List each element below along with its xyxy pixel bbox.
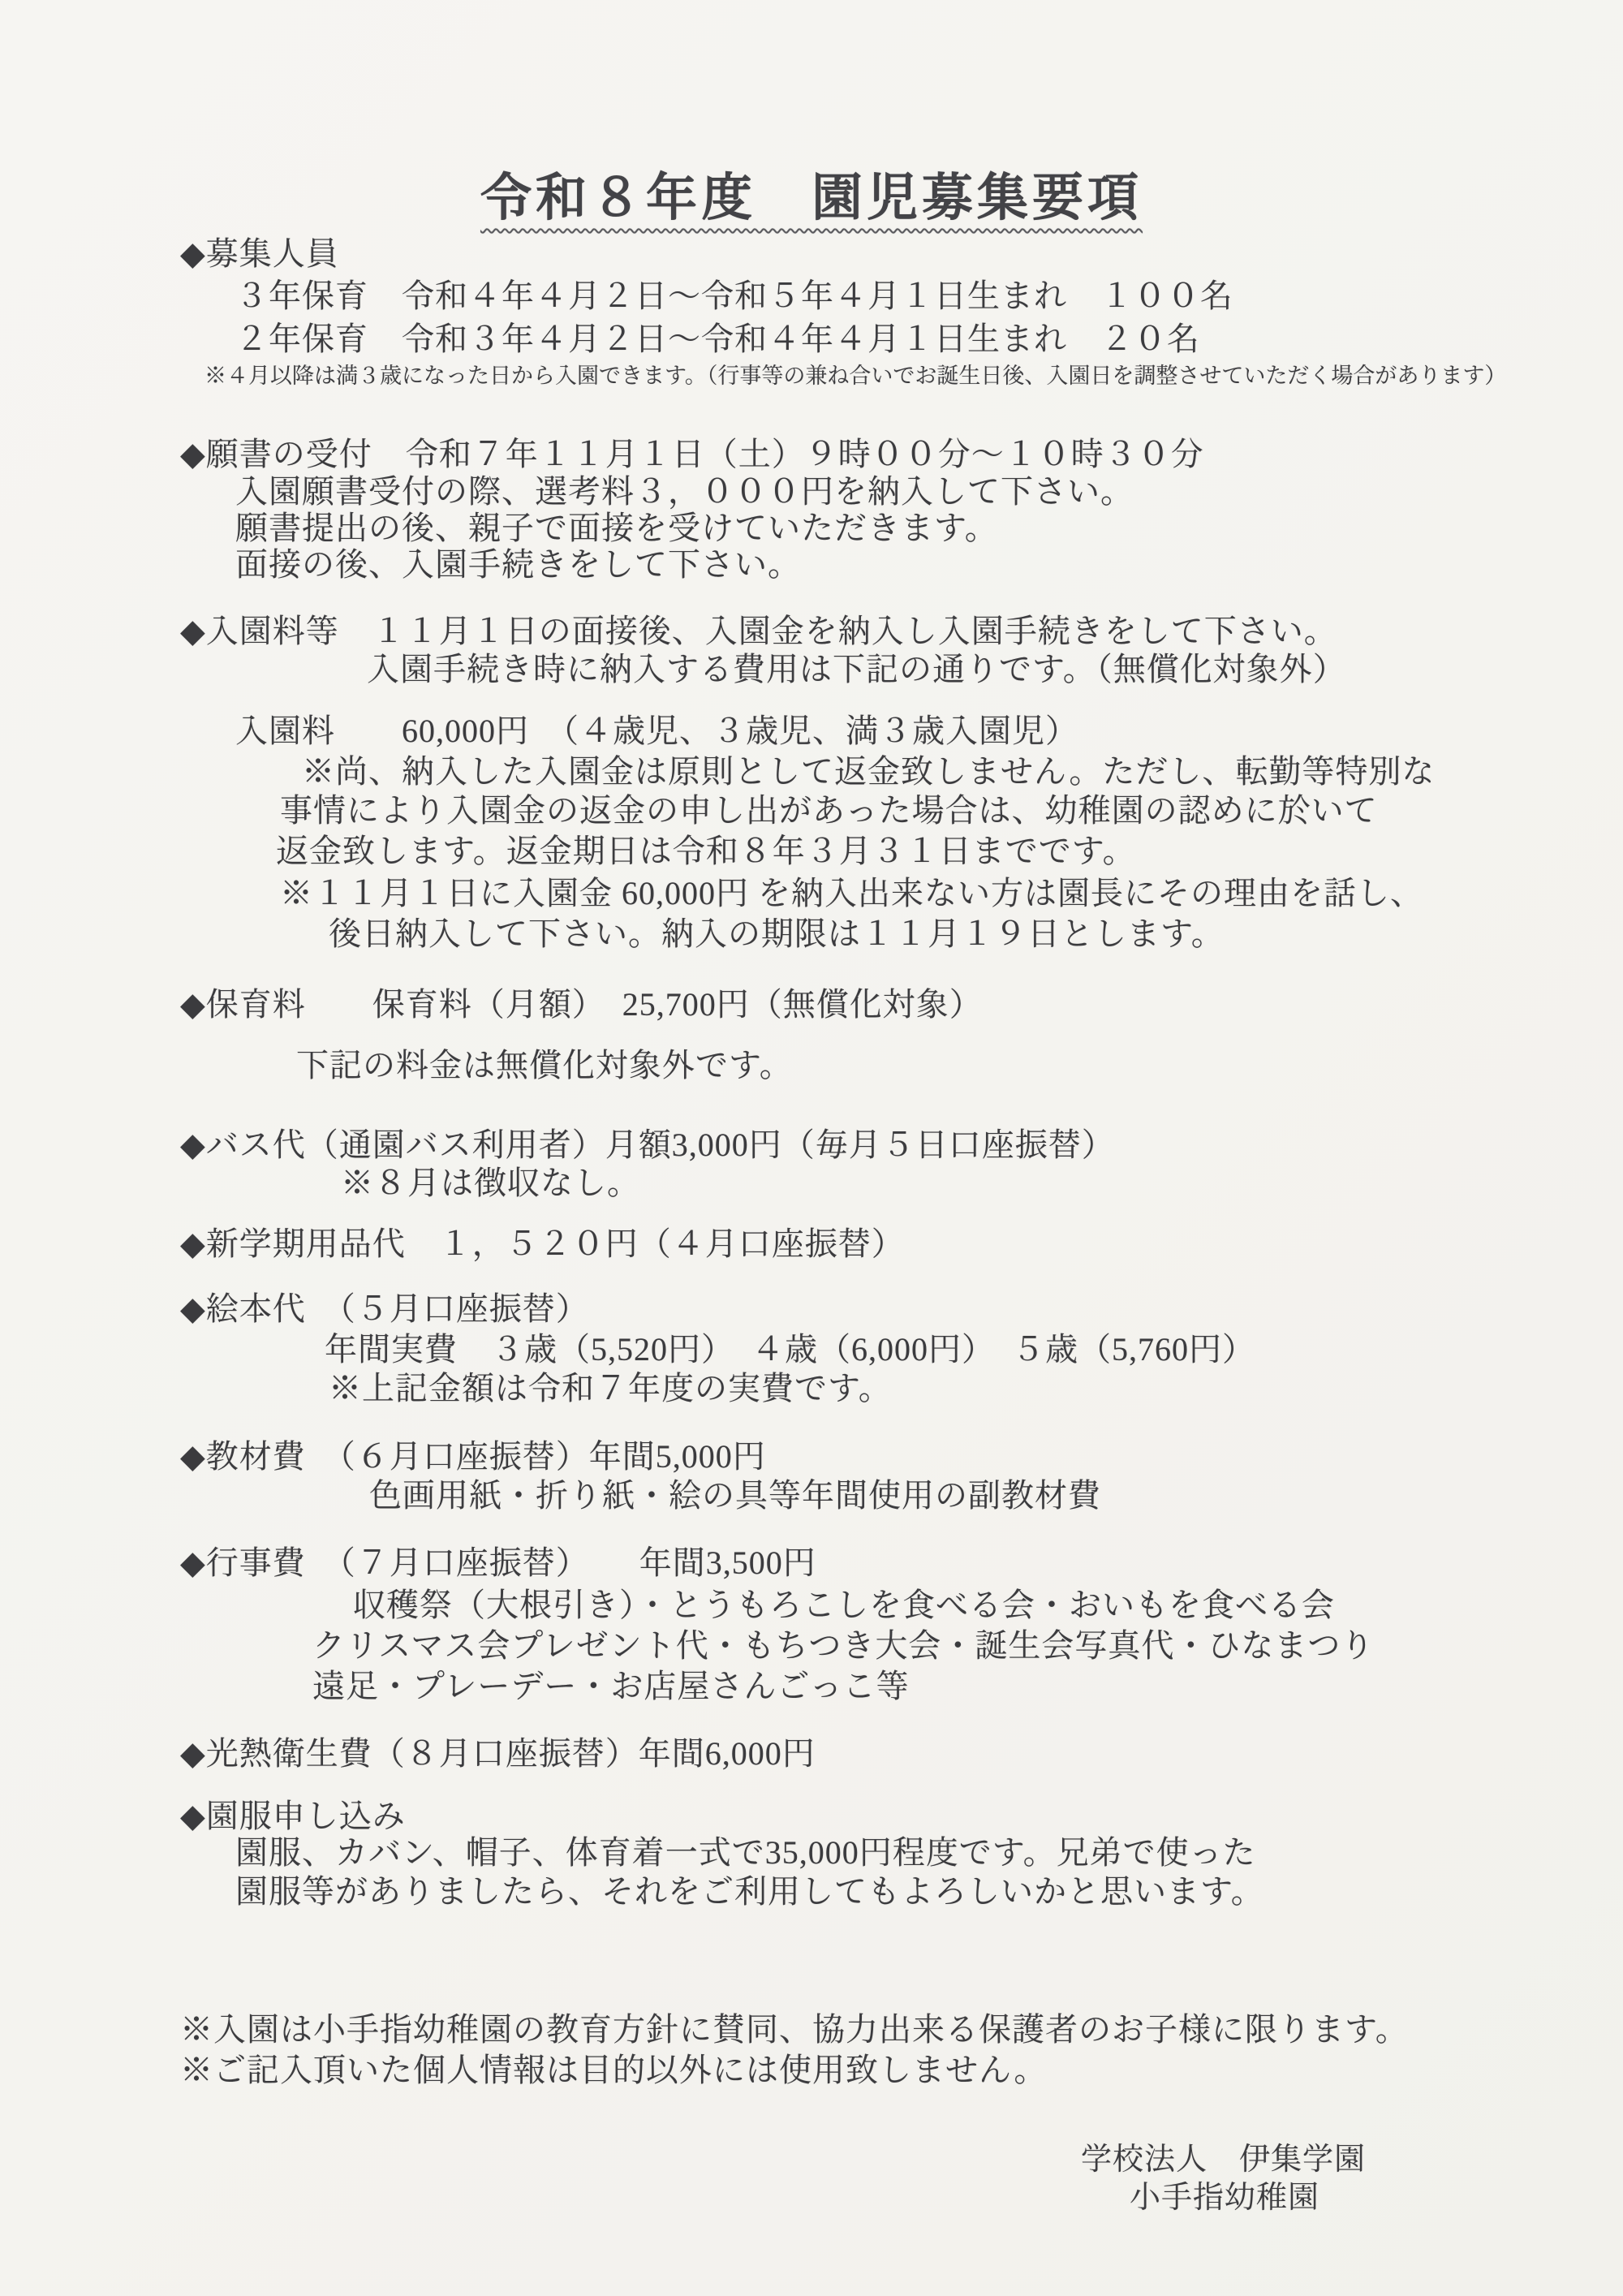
section-picture-book-heading: ◆絵本代 （５月口座振替） (180, 1290, 589, 1328)
application-line3: 面接の後、入園手続きをして下さい。 (235, 546, 801, 584)
section-event-fee-heading: ◆行事費 （７月口座振替） 年間3,500円 (180, 1544, 816, 1582)
page-title: 令和８年度 園児募集要項 (0, 157, 1623, 230)
bus-fee-note: ※８月は徴収なし。 (341, 1165, 640, 1202)
signature-school: 小手指幼稚園 (1130, 2181, 1319, 2216)
section-uniform-heading: ◆園服申し込み (180, 1798, 406, 1835)
childcare-fee-note: 下記の料金は無償化対象外です。 (296, 1047, 793, 1084)
closing-note1: ※入園は小手指幼稚園の教育方針に賛同、協力出来る保護者のお子様に限ります。 (180, 2011, 1409, 2048)
event-fee-detail1: 収穫祭（大根引き）・とうもろこしを食べる会・おいもを食べる会 (353, 1587, 1335, 1624)
scanned-document-page: 令和８年度 園児募集要項 ◆募集人員 ３年保育 令和４年４月２日～令和５年４月１… (0, 0, 1623, 2296)
recruitment-note: ※４月以降は満３歳になった日から入園できます。（行事等の兼ね合いでお誕生日後、入… (204, 364, 1506, 389)
uniform-line1: 園服、カバン、帽子、体育着一式で35,000円程度です。兄弟で使った (235, 1834, 1256, 1872)
picture-book-note: ※上記金額は令和７年度の実費です。 (329, 1370, 892, 1407)
entrance-fee-refund-note3: 返金致します。返金期日は令和８年３月３１日までです。 (276, 833, 1136, 870)
section-entrance-fee-heading: ◆入園料等 １１月１日の面接後、入園金を納入し入園手続きをして下さい。 (180, 613, 1337, 650)
section-materials-fee-heading: ◆教材費 （６月口座振替）年間5,000円 (180, 1438, 766, 1475)
entrance-fee-late-note2: 後日納入して下さい。納入の期限は１１月１９日とします。 (329, 915, 1225, 953)
section-recruitment-heading: ◆募集人員 (180, 235, 339, 273)
section-childcare-fee-heading: ◆保育料 保育料（月額） 25,700円（無償化対象） (180, 986, 983, 1023)
recruitment-two-year-line: ２年保育 令和３年４月２日～令和４年４月１日生まれ ２０名 (235, 321, 1200, 358)
application-line2: 願書提出の後、親子で面接を受けていただきます。 (235, 510, 998, 547)
entrance-fee-refund-note2: 事情により入園金の返金の申し出があった場合は、幼稚園の認めに於いて (280, 792, 1378, 829)
recruitment-three-year-line: ３年保育 令和４年４月２日～令和５年４月１日生まれ １００名 (235, 278, 1233, 315)
section-new-term-supplies-heading: ◆新学期用品代 １，５２０円（４月口座振替） (180, 1226, 905, 1263)
closing-note2: ※ご記入頂いた個人情報は目的以外には使用致しません。 (180, 2052, 1047, 2089)
entrance-fee-amount-line: 入園料 60,000円 （４歳児、３歳児、満３歳入園児） (235, 713, 1078, 750)
materials-fee-detail: 色画用紙・折り紙・絵の具等年間使用の副教材費 (369, 1477, 1101, 1514)
section-application-heading: ◆願書の受付 令和７年１１月１日（土）９時００分～１０時３０分 (180, 436, 1204, 473)
page-title-text: 令和８年度 園児募集要項 (480, 170, 1143, 226)
section-bus-fee-heading: ◆バス代（通園バス利用者）月額3,000円（毎月５日口座振替） (180, 1126, 1115, 1164)
picture-book-amounts-line: 年間実費 ３歳（5,520円） ４歳（6,000円） ５歳（5,760円） (325, 1331, 1255, 1368)
application-line1: 入園願書受付の際、選考料３，０００円を納入して下さい。 (235, 473, 1134, 510)
entrance-fee-sub-line: 入園手続き時に納入する費用は下記の通りです。（無償化対象外） (367, 651, 1346, 688)
event-fee-detail3: 遠足・プレーデー・お店屋さんごっこ等 (312, 1668, 910, 1705)
entrance-fee-late-note1: ※１１月１日に入園金 60,000円 を納入出来ない方は園長にその理由を話し、 (280, 875, 1423, 912)
signature-corporation: 学校法人 伊集学園 (1081, 2143, 1366, 2178)
entrance-fee-refund-note1: ※尚、納入した入園金は原則として返金致しません。ただし、転勤等特別な (302, 753, 1435, 790)
uniform-line2: 園服等がありましたら、それをご利用してもよろしいかと思います。 (235, 1873, 1264, 1910)
event-fee-detail2: クリスマス会プレゼント代・もちつき大会・誕生会写真代・ひなまつり (312, 1627, 1374, 1665)
section-utilities-fee-heading: ◆光熱衛生費（８月口座振替）年間6,000円 (180, 1735, 816, 1773)
